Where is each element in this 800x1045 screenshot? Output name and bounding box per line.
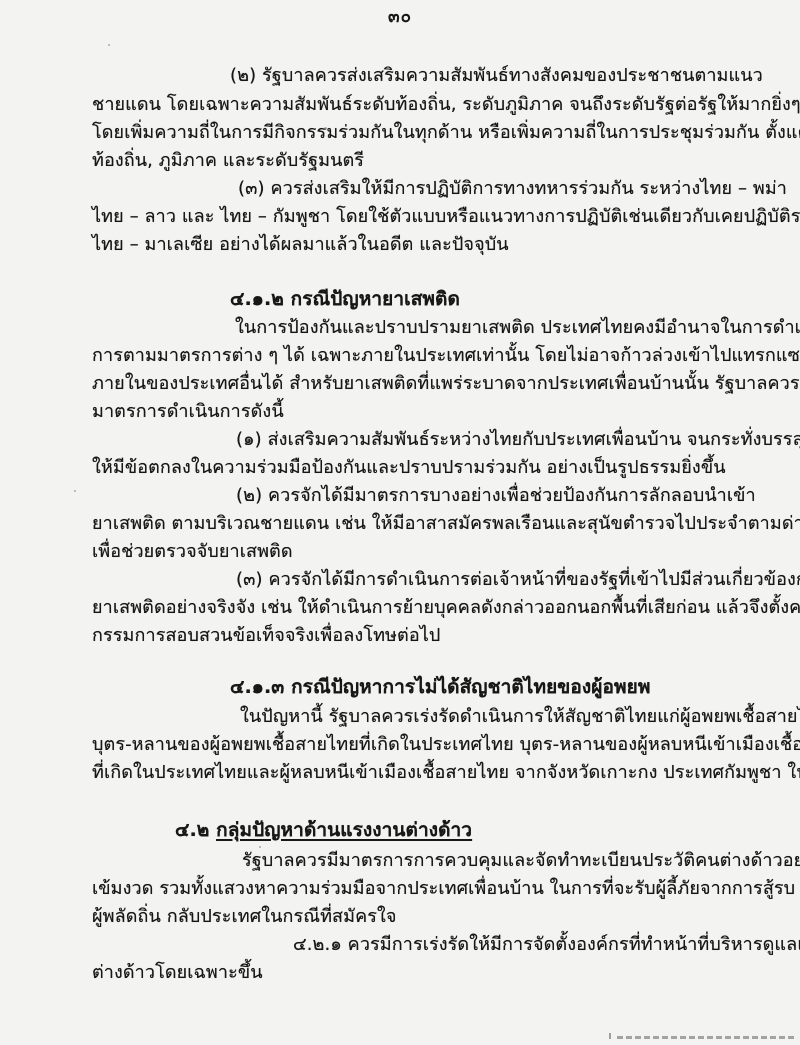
paragraph-line: ไทย – ลาว และ ไทย – กัมพูชา โดยใช้ตัวแบบ… — [92, 205, 800, 229]
paragraph-line: ในการป้องกันและปราบปรามยาเสพติด ประเทศไท… — [235, 316, 800, 340]
paragraph-line: เพื่อช่วยตรวจจับยาเสพติด — [92, 540, 293, 564]
paragraph-line: การตามมาตรการต่าง ๆ ได้ เฉพาะภายในประเทศ… — [92, 344, 800, 368]
scan-speck — [74, 490, 76, 492]
paragraph-line: ชายแดน โดยเฉพาะความสัมพันธ์ระดับท้องถิ่น… — [92, 93, 800, 117]
paragraph-line: ไทย – มาเลเซีย อย่างได้ผลมาแล้วในอดีต แล… — [92, 233, 509, 257]
paragraph-line: รัฐบาลควรมีมาตรการการควบคุมและจัดทำทะเบี… — [242, 849, 800, 873]
section-heading-4-2: ๔.๒ กลุ่มปัญหาด้านแรงงานต่างด้าว — [175, 818, 472, 842]
section-number: ๔.๒ — [175, 819, 216, 841]
paragraph-line: มาตรการดำเนินการดังนี้ — [92, 400, 284, 424]
paragraph-line: โดยเพิ่มความถี่ในการมีกิจกรรมร่วมกันในทุ… — [92, 121, 800, 145]
section-heading-4-1-2: ๔.๑.๒ กรณีปัญหายาเสพติด — [230, 287, 460, 311]
paragraph-line: บุตร-หลานของผู้อพยพเชื้อสายไทยที่เกิดในป… — [92, 733, 800, 757]
paragraph-line: กรรมการสอบสวนข้อเท็จจริงเพื่อลงโทษต่อไป — [92, 624, 440, 648]
paragraph-line: ที่เกิดในประเทศไทยและผู้หลบหนีเข้าเมืองเ… — [92, 761, 800, 785]
section-title: กลุ่มปัญหาด้านแรงงานต่างด้าว — [216, 819, 472, 841]
paragraph-line: เข้มงวด รวมทั้งแสวงหาความร่วมมือจากประเท… — [92, 877, 800, 901]
section-heading-4-1-3: ๔.๑.๓ กรณีปัญหาการไม่ได้สัญชาติไทยของผู้… — [230, 675, 651, 699]
scan-artifact-dashes — [617, 1036, 795, 1039]
scan-artifact-tick — [609, 1033, 611, 1039]
document-page: ๓๐ (๒) รัฐบาลควรส่งเสริมความสัมพันธ์ทางส… — [0, 0, 800, 1045]
page-number: ๓๐ — [0, 3, 800, 30]
paragraph-line: (๓) ควรจักได้มีการดำเนินการต่อเจ้าหน้าที… — [236, 568, 800, 592]
paragraph-line: ยาเสพติด ตามบริเวณชายแดน เช่น ให้มีอาสาส… — [92, 512, 800, 536]
paragraph-line: ให้มีข้อตกลงในความร่วมมือป้องกันและปราบป… — [92, 456, 726, 480]
scan-speck — [324, 127, 327, 130]
paragraph-line: ยาเสพติดอย่างจริงจัง เช่น ให้ดำเนินการย้… — [92, 596, 800, 620]
paragraph-line: ท้องถิ่น, ภูมิภาค และระดับรัฐมนตรี — [92, 149, 364, 173]
scan-speck — [259, 846, 261, 848]
paragraph-line: ต่างด้าวโดยเฉพาะขึ้น — [92, 961, 263, 985]
paragraph-line: (๑) ส่งเสริมความสัมพันธ์ระหว่างไทยกับประ… — [236, 428, 800, 452]
paragraph-line: ในปัญหานี้ รัฐบาลควรเร่งรัดดำเนินการให้ส… — [240, 705, 800, 729]
paragraph-line: ภายในของประเทศอื่นได้ สำหรับยาเสพติดที่แ… — [92, 372, 800, 396]
scan-speck — [108, 44, 110, 46]
paragraph-line: ๔.๒.๑ ควรมีการเร่งรัดให้มีการจัดตั้งองค์… — [293, 933, 800, 957]
paragraph-line: (๒) รัฐบาลควรส่งเสริมความสัมพันธ์ทางสังค… — [230, 64, 763, 88]
paragraph-line: (๒) ควรจักได้มีมาตรการบางอย่างเพื่อช่วยป… — [236, 484, 756, 508]
paragraph-line: ผู้พลัดถิ่น กลับประเทศในกรณีที่สมัครใจ — [92, 905, 397, 929]
paragraph-line: (๓) ควรส่งเสริมให้มีการปฏิบัติการทางทหาร… — [238, 177, 787, 201]
